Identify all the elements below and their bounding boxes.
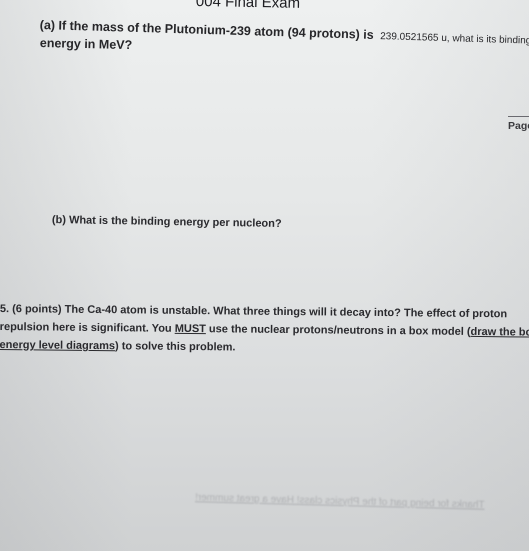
page-divider	[508, 116, 529, 117]
draw-box-instruction: draw the box	[470, 326, 529, 339]
plutonium-mass-value: 239.0521565 u, what is its binding	[380, 31, 529, 46]
question-b: (b) What is the binding energy per nucle…	[52, 214, 282, 230]
exam-header: 004 Final Exam	[196, 0, 300, 12]
page-label: Page	[508, 120, 529, 132]
q5-text: use the nuclear protons/neutrons in a bo…	[206, 323, 471, 338]
q5-text: repulsion here is significant. You	[0, 321, 175, 335]
paper-shading	[0, 0, 529, 551]
question-5: 5. (6 points) The Ca-40 atom is unstable…	[0, 300, 529, 360]
must-emphasis: MUST	[175, 323, 206, 335]
question-a-line-2: energy in MeV?	[40, 36, 133, 52]
q5-text: ) to solve this problem.	[115, 340, 236, 353]
exam-title: 004 Final Exam	[196, 0, 300, 12]
bleed-through-text: Thanks for being part of the Physics cla…	[195, 492, 485, 511]
energy-level-diagrams-instruction: energy level diagrams	[0, 339, 115, 352]
